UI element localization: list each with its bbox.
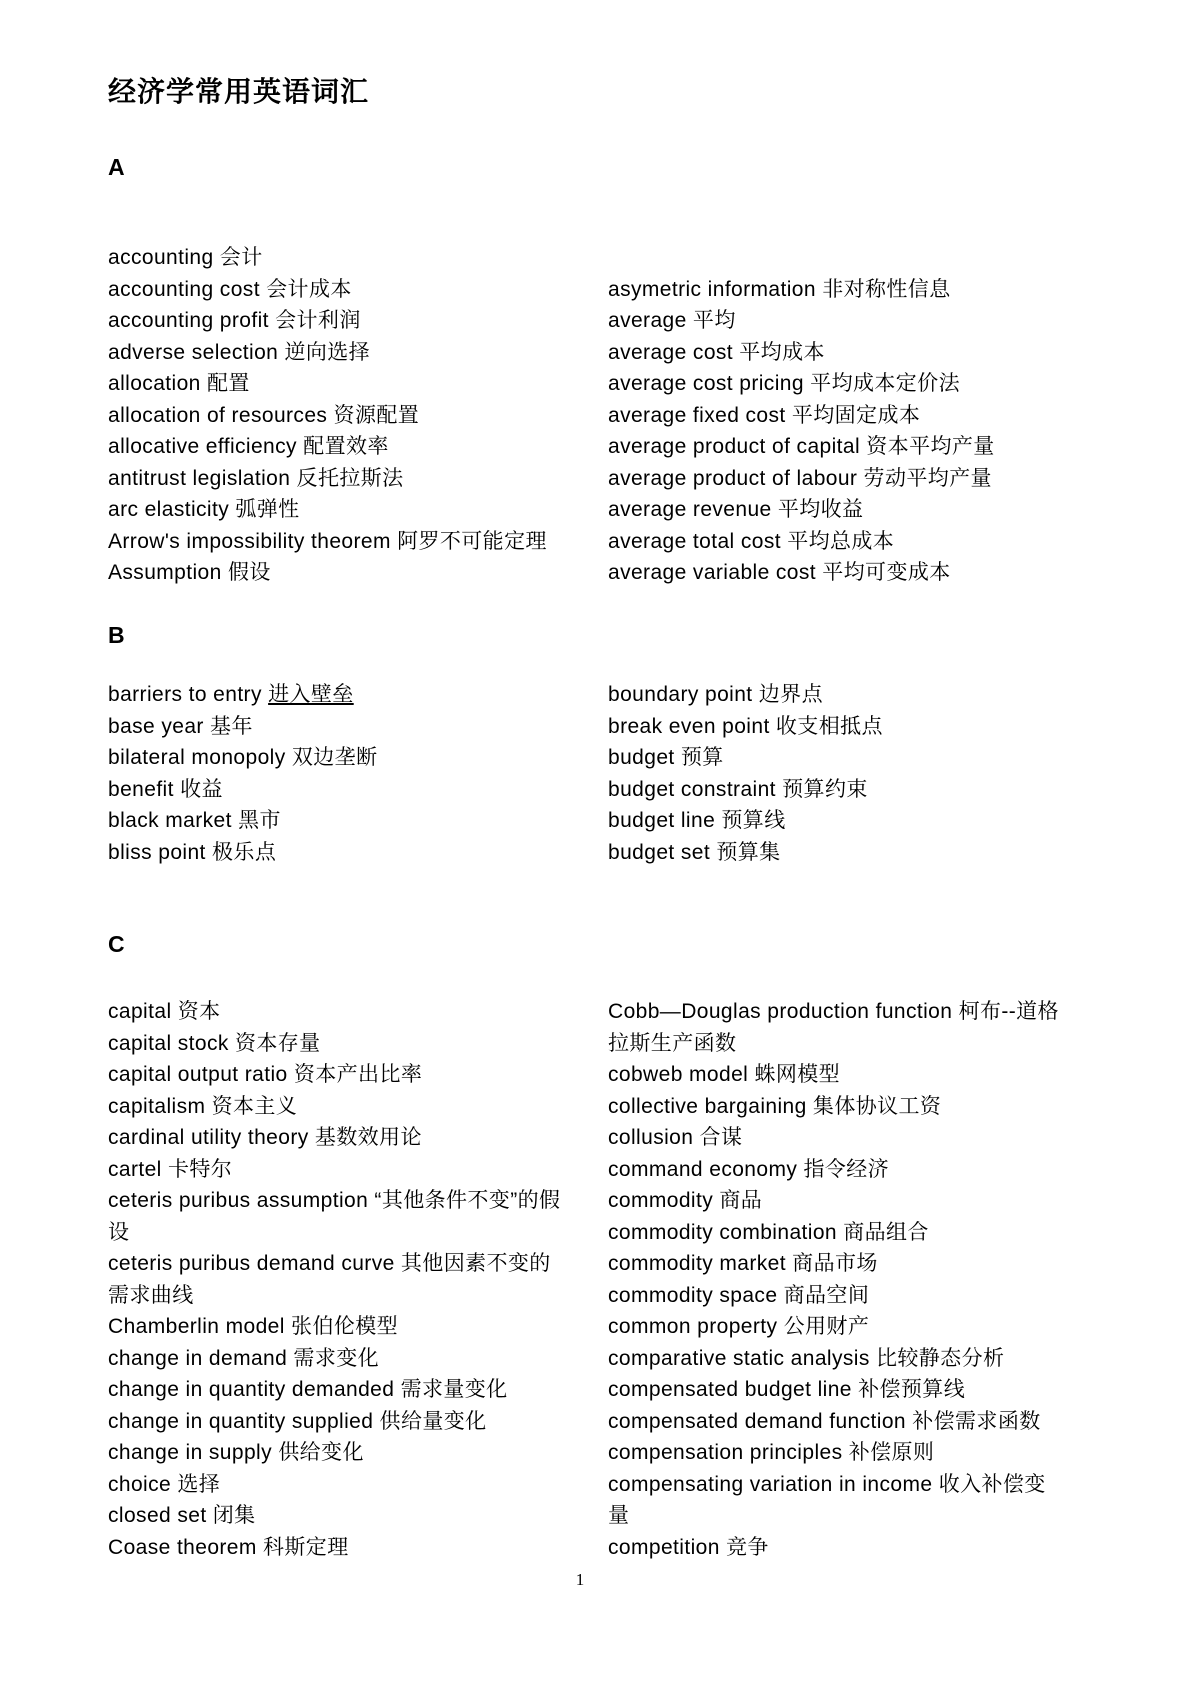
term-item: cardinal utility theory 基数效用论 (108, 1122, 608, 1154)
term-item: average cost pricing 平均成本定价法 (608, 368, 1104, 400)
term-item: average fixed cost 平均固定成本 (608, 400, 1104, 432)
section-a-right-column: asymetric information 非对称性信息average 平均av… (608, 242, 1104, 589)
term-item: average total cost 平均总成本 (608, 526, 1104, 558)
term-item: capital 资本 (108, 996, 608, 1028)
term-item: antitrust legislation 反托拉斯法 (108, 463, 608, 495)
term-item: cartel 卡特尔 (108, 1154, 608, 1186)
term-item: average 平均 (608, 305, 1104, 337)
term-item: Chamberlin model 张伯伦模型 (108, 1311, 608, 1343)
section-c-left-column: capital 资本capital stock 资本存量capital outp… (108, 996, 608, 1563)
term-item: capitalism 资本主义 (108, 1091, 608, 1123)
term-item: budget constraint 预算约束 (608, 774, 1104, 806)
term-item: budget 预算 (608, 742, 1104, 774)
term-list: barriers to entry 进入壁垒base year 基年bilate… (108, 679, 608, 868)
term-item: average revenue 平均收益 (608, 494, 1104, 526)
term-item: compensated budget line 补偿预算线 (608, 1374, 1104, 1406)
term-list: capital 资本capital stock 资本存量capital outp… (108, 996, 608, 1563)
term-item: Cobb—Douglas production function 柯布--道格 … (608, 996, 1104, 1059)
term-item: allocation of resources 资源配置 (108, 400, 608, 432)
section-b-right-column: boundary point 边界点break even point 收支相抵点… (608, 679, 1104, 868)
section-b-columns: barriers to entry 进入壁垒base year 基年bilate… (108, 679, 1108, 868)
term-item: bilateral monopoly 双边垄断 (108, 742, 608, 774)
term-item: break even point 收支相抵点 (608, 711, 1104, 743)
term-item: base year 基年 (108, 711, 608, 743)
term-item: Coase theorem 科斯定理 (108, 1532, 608, 1564)
term-item: allocation 配置 (108, 368, 608, 400)
term-item: change in quantity demanded 需求量变化 (108, 1374, 608, 1406)
term-list: asymetric information 非对称性信息average 平均av… (608, 242, 1104, 589)
term-item: average product of labour 劳动平均产量 (608, 463, 1104, 495)
term-item: ceteris puribus assumption “其他条件不变”的假 设 (108, 1185, 608, 1248)
section-heading-b: B (108, 622, 125, 649)
term-item: cobweb model 蛛网模型 (608, 1059, 1104, 1091)
term-item: black market 黑市 (108, 805, 608, 837)
term-item: Assumption 假设 (108, 557, 608, 589)
term-item: average cost 平均成本 (608, 337, 1104, 369)
term-item: ceteris puribus demand curve 其他因素不变的 需求曲… (108, 1248, 608, 1311)
term-item: boundary point 边界点 (608, 679, 1104, 711)
term-item: arc elasticity 弧弹性 (108, 494, 608, 526)
term-item: compensated demand function 补偿需求函数 (608, 1406, 1104, 1438)
term-list: Cobb—Douglas production function 柯布--道格 … (608, 996, 1104, 1563)
term-item: change in demand 需求变化 (108, 1343, 608, 1375)
term-item: collusion 合谋 (608, 1122, 1104, 1154)
term-list: accounting 会计accounting cost 会计成本account… (108, 242, 608, 589)
term-item: allocative efficiency 配置效率 (108, 431, 608, 463)
section-c-columns: capital 资本capital stock 资本存量capital outp… (108, 996, 1108, 1563)
term-item: asymetric information 非对称性信息 (608, 274, 1104, 306)
term-item: commodity combination 商品组合 (608, 1217, 1104, 1249)
term-item: average product of capital 资本平均产量 (608, 431, 1104, 463)
term-item: change in supply 供给变化 (108, 1437, 608, 1469)
term-item: adverse selection 逆向选择 (108, 337, 608, 369)
term-item: compensating variation in income 收入补偿变 量 (608, 1469, 1104, 1532)
term-item: choice 选择 (108, 1469, 608, 1501)
page-number: 1 (560, 1570, 600, 1590)
term-item: Arrow's impossibility theorem 阿罗不可能定理 (108, 526, 608, 558)
section-c-right-column: Cobb—Douglas production function 柯布--道格 … (608, 996, 1104, 1563)
term-item: budget line 预算线 (608, 805, 1104, 837)
term-item: average variable cost 平均可变成本 (608, 557, 1104, 589)
term-item: collective bargaining 集体协议工资 (608, 1091, 1104, 1123)
term-item: common property 公用财产 (608, 1311, 1104, 1343)
term-item: change in quantity supplied 供给量变化 (108, 1406, 608, 1438)
term-item: accounting profit 会计利润 (108, 305, 608, 337)
section-b-left-column: barriers to entry 进入壁垒base year 基年bilate… (108, 679, 608, 868)
document-page: 经济学常用英语词汇 A accounting 会计accounting cost… (0, 0, 1200, 1698)
term-item: budget set 预算集 (608, 837, 1104, 869)
term-item: barriers to entry 进入壁垒 (108, 679, 608, 711)
term-item: comparative static analysis 比较静态分析 (608, 1343, 1104, 1375)
section-heading-a: A (108, 154, 125, 181)
term-item: accounting 会计 (108, 242, 608, 274)
section-a-columns: accounting 会计accounting cost 会计成本account… (108, 242, 1108, 589)
term-item: benefit 收益 (108, 774, 608, 806)
term-item: competition 竞争 (608, 1532, 1104, 1564)
section-heading-c: C (108, 931, 125, 958)
term-item: commodity space 商品空间 (608, 1280, 1104, 1312)
term-item: bliss point 极乐点 (108, 837, 608, 869)
term-item: commodity market 商品市场 (608, 1248, 1104, 1280)
term-item: closed set 闭集 (108, 1500, 608, 1532)
term-item: accounting cost 会计成本 (108, 274, 608, 306)
term-item: command economy 指令经济 (608, 1154, 1104, 1186)
term-item: capital stock 资本存量 (108, 1028, 608, 1060)
term-item: commodity 商品 (608, 1185, 1104, 1217)
term-item: capital output ratio 资本产出比率 (108, 1059, 608, 1091)
section-a-left-column: accounting 会计accounting cost 会计成本account… (108, 242, 608, 589)
term-list: boundary point 边界点break even point 收支相抵点… (608, 679, 1104, 868)
document-title: 经济学常用英语词汇 (108, 70, 369, 110)
term-item: compensation principles 补偿原则 (608, 1437, 1104, 1469)
